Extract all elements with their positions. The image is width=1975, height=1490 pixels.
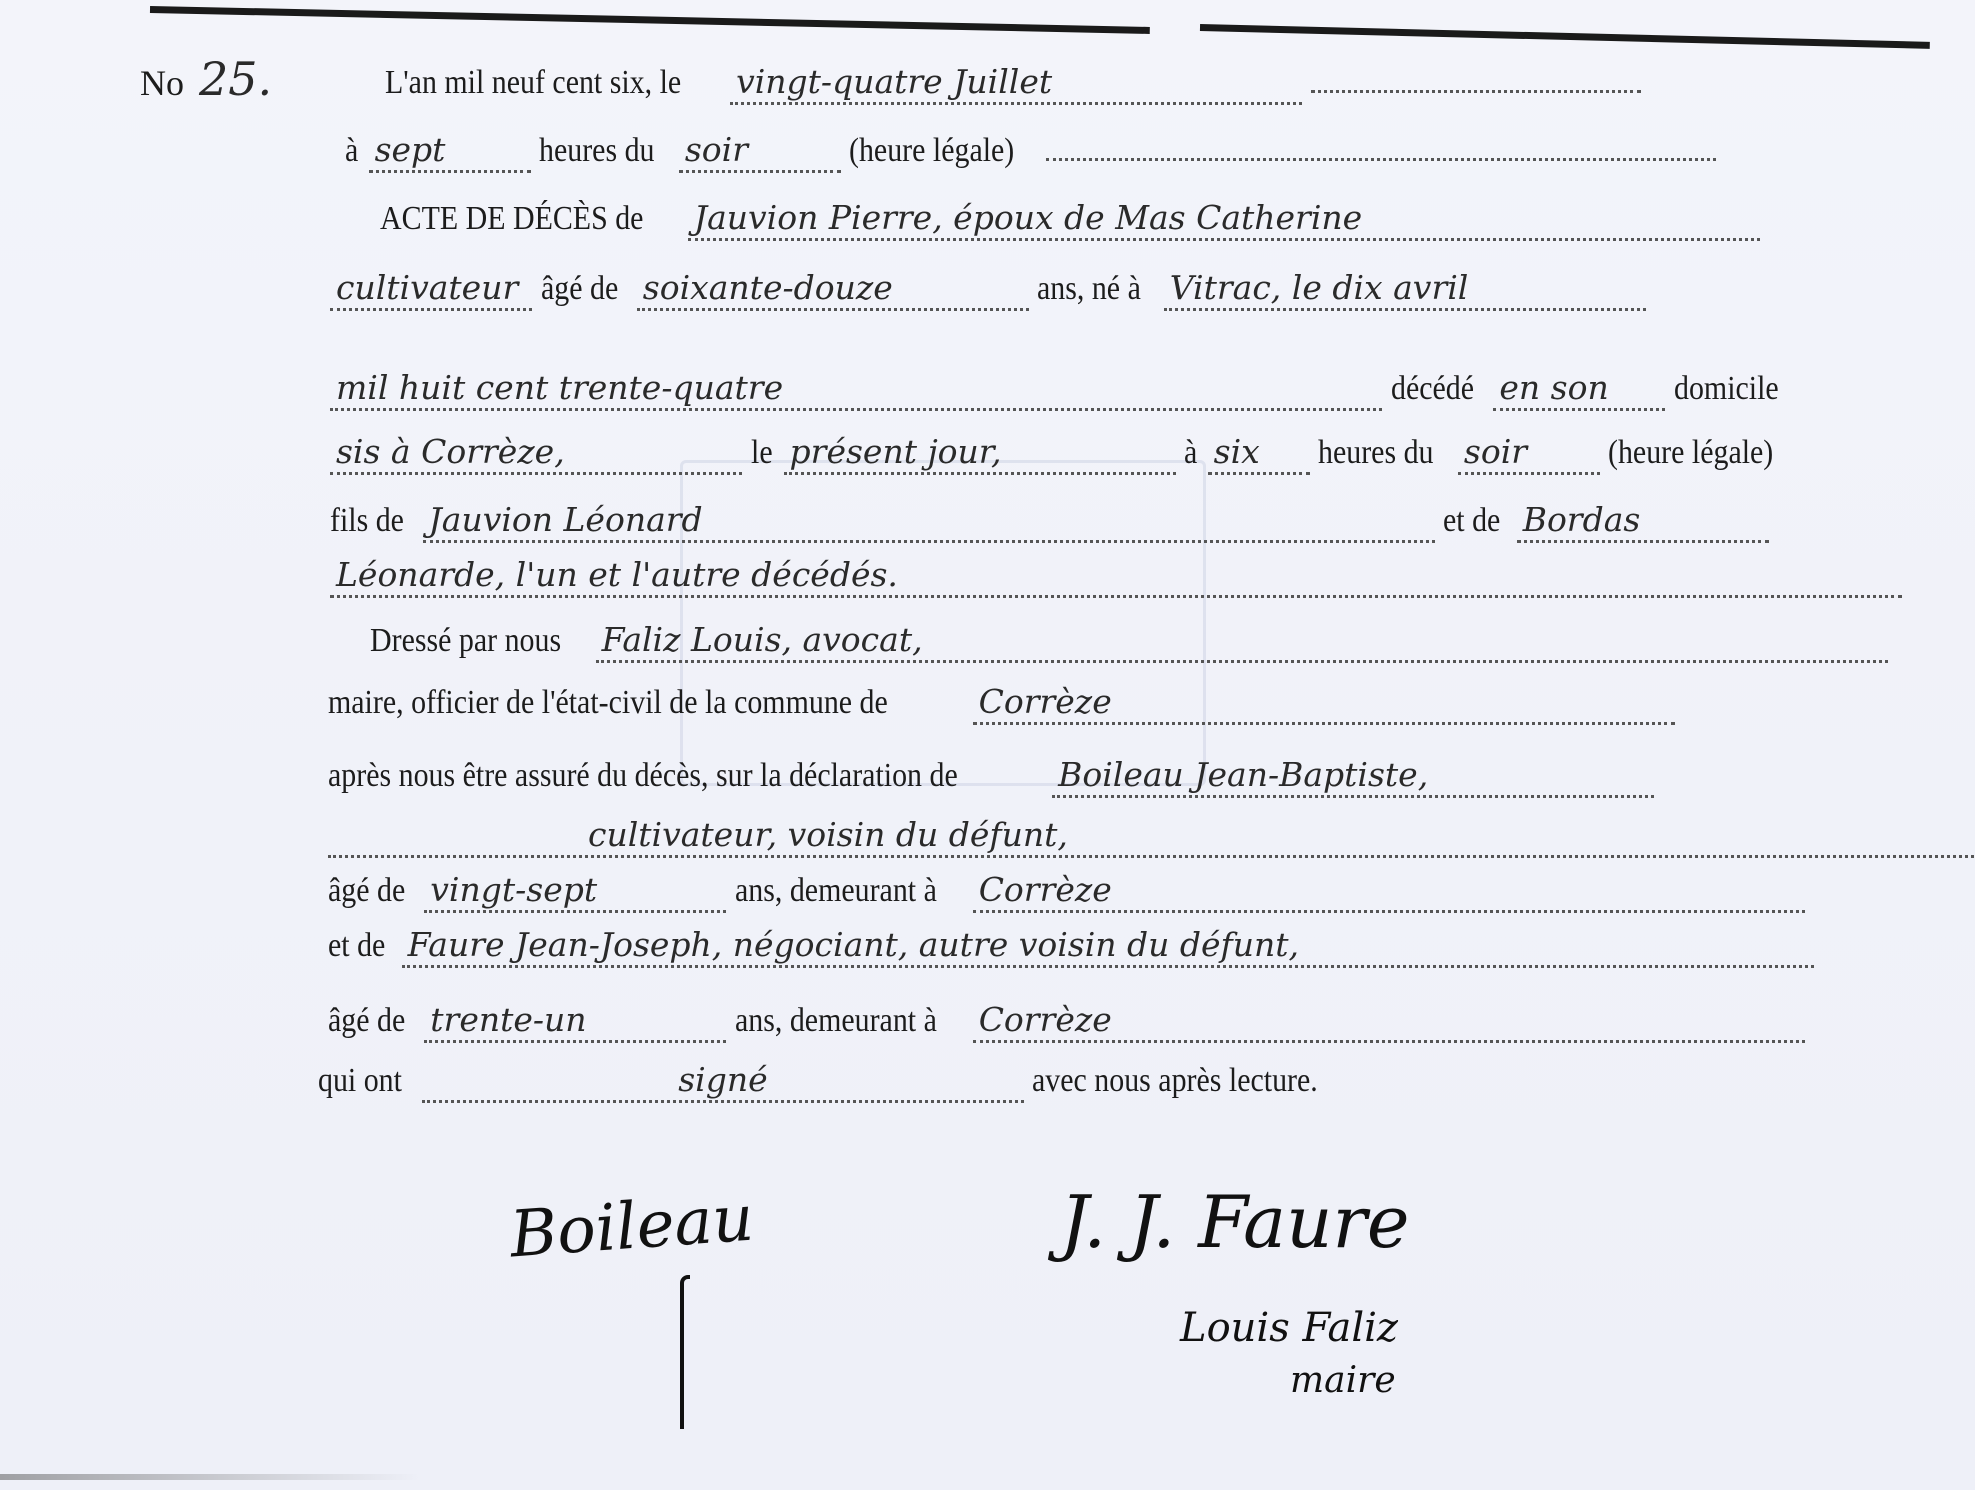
handwritten-place: en son: [1493, 368, 1665, 411]
document-page: No 25. L'an mil neuf cent six, le vingt-…: [0, 0, 1975, 1490]
handwritten-birth-year: mil huit cent trente-quatre: [330, 368, 1382, 411]
handwritten-hour: six: [1208, 432, 1310, 475]
printed-text: ans, demeurant à: [735, 1001, 937, 1041]
entry-number-value: 25.: [193, 52, 278, 106]
line-commune: maire, officier de l'état-civil de la co…: [328, 682, 1675, 725]
printed-text: Dressé par nous: [370, 621, 561, 661]
line-signed: qui ont signé avec nous après lecture.: [318, 1060, 1357, 1103]
printed-text: qui ont: [318, 1061, 402, 1101]
handwritten-mother-surname: Bordas: [1517, 500, 1769, 543]
handwritten-age: soixante-douze: [637, 268, 1029, 311]
handwritten-mother: Léonarde, l'un et l'autre décédés.: [330, 555, 1902, 598]
line-declaration: après nous être assuré du décès, sur la …: [328, 755, 1654, 798]
signature-mayor: Louis Faliz: [1180, 1305, 1398, 1351]
line-occupation-age: cultivateur âgé de soixante-douze ans, n…: [330, 268, 1646, 311]
handwritten-witness1-residence: Corrèze: [973, 870, 1805, 913]
handwritten-witness1-occupation: cultivateur, voisin du défunt,: [328, 815, 1975, 858]
printed-text: ans, né à: [1037, 269, 1141, 309]
printed-text: (heure légale): [849, 131, 1014, 171]
line-birth-death: mil huit cent trente-quatre décédé en so…: [330, 368, 1793, 411]
printed-text: L'an mil neuf cent six, le: [385, 63, 681, 103]
top-border-rule: [1200, 24, 1930, 49]
handwritten-hour: sept: [369, 130, 531, 173]
line-drawn-by: Dressé par nous Faliz Louis, avocat,: [370, 620, 1888, 663]
line-time: à sept heures du soir (heure légale): [345, 130, 1716, 173]
handwritten-father: Jauvion Léonard: [423, 500, 1435, 543]
line-witness1-age: âgé de vingt-sept ans, demeurant à Corrè…: [328, 870, 1805, 913]
printed-text: fils de: [330, 501, 404, 541]
printed-text: heures du: [1318, 433, 1434, 473]
line-witness2: et de Faure Jean-Joseph, négociant, autr…: [328, 925, 1814, 968]
mayor-title: maire: [1290, 1360, 1396, 1401]
handwritten-day: présent jour,: [784, 432, 1176, 475]
top-border-rule: [150, 6, 1150, 34]
printed-text: et de: [1443, 501, 1500, 541]
handwritten-witness1-age: vingt-sept: [424, 870, 726, 913]
printed-text: ans, demeurant à: [735, 871, 937, 911]
printed-text: âgé de: [541, 269, 618, 309]
line-death-time: sis à Corrèze, le présent jour, à six he…: [330, 432, 1796, 475]
printed-text: maire, officier de l'état-civil de la co…: [328, 683, 888, 723]
handwritten-date: vingt-quatre Juillet: [730, 62, 1302, 105]
printed-text: et de: [328, 926, 385, 966]
printed-text: le: [751, 433, 773, 473]
printed-text: avec nous après lecture.: [1032, 1061, 1318, 1101]
line-date: L'an mil neuf cent six, le vingt-quatre …: [385, 62, 1641, 105]
printed-text: âgé de: [328, 1001, 405, 1041]
handwritten-birthplace: Vitrac, le dix avril: [1164, 268, 1646, 311]
handwritten-occupation: cultivateur: [330, 268, 532, 311]
line-deceased: ACTE DE DÉCÈS de Jauvion Pierre, époux d…: [380, 198, 1760, 241]
printed-text: heures du: [539, 131, 655, 171]
handwritten-witness2-residence: Corrèze: [973, 1000, 1805, 1043]
signature-witness2: J. J. Faure: [1060, 1180, 1410, 1264]
line-father: fils de Jauvion Léonard et de Bordas: [330, 500, 1769, 543]
line-witness2-age: âgé de trente-un ans, demeurant à Corrèz…: [328, 1000, 1805, 1043]
handwritten-period: soir: [1458, 432, 1600, 475]
handwritten-witness1: Boileau Jean-Baptiste,: [1052, 755, 1654, 798]
handwritten-officer: Faliz Louis, avocat,: [596, 620, 1888, 663]
handwritten-witness2-age: trente-un: [424, 1000, 726, 1043]
scan-artifact: [0, 1474, 420, 1480]
dotted-rule: [1046, 156, 1716, 161]
dotted-rule: [1311, 88, 1641, 93]
printed-text: domicile: [1674, 369, 1779, 409]
printed-text: à: [345, 131, 358, 171]
handwritten-signed: signé: [422, 1060, 1024, 1103]
printed-text: après nous être assuré du décès, sur la …: [328, 756, 958, 796]
printed-text: (heure légale): [1608, 433, 1773, 473]
handwritten-period: soir: [679, 130, 841, 173]
handwritten-residence: sis à Corrèze,: [330, 432, 742, 475]
signature-flourish: [680, 1275, 690, 1429]
printed-text: âgé de: [328, 871, 405, 911]
line-mother: Léonarde, l'un et l'autre décédés.: [330, 555, 1902, 598]
entry-number: No 25.: [140, 52, 278, 106]
entry-number-label: No: [140, 63, 184, 103]
printed-text: décédé: [1391, 369, 1474, 409]
handwritten-witness2: Faure Jean-Joseph, négociant, autre vois…: [402, 925, 1814, 968]
signature-witness1: Boileau: [508, 1182, 756, 1273]
printed-text: ACTE DE DÉCÈS de: [380, 199, 643, 239]
handwritten-commune: Corrèze: [973, 682, 1675, 725]
printed-text: à: [1184, 433, 1197, 473]
line-witness1-occupation: cultivateur, voisin du défunt,: [328, 815, 1975, 858]
handwritten-deceased-name: Jauvion Pierre, époux de Mas Catherine: [688, 198, 1760, 241]
